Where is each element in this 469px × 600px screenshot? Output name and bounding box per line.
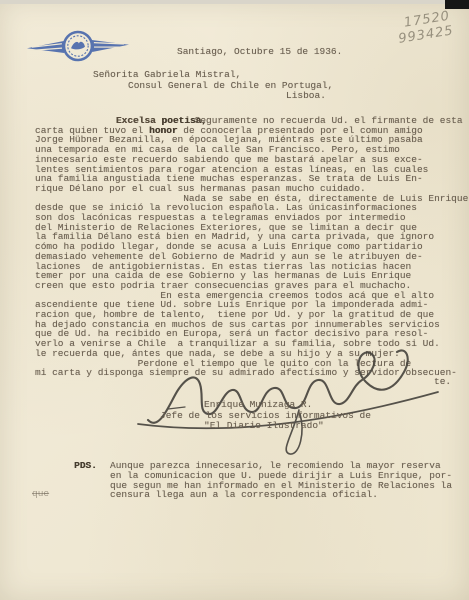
margin-strikeout-note: que [32,489,49,500]
body-part2: de conocerla presentado por el comun ami… [35,125,468,379]
date-line: Santiago, Octubre 15 de 1936. [177,47,342,58]
archival-numbers: 17520 993425 [403,8,455,45]
recipient-name: Señorita Gabriela Mistral, [93,70,241,81]
signature-typed-name: Enrique Munizaga R. [204,400,312,411]
scanned-letter-page: 17520 993425 Santiago, Octubre 15 de 193… [0,0,469,600]
recipient-city: Lisboa. [286,91,326,102]
letter-body: Seguramente no recuerda Ud. el firmante … [35,116,468,378]
closing-tail: te. [434,377,451,388]
postscript-label: PDS. [74,461,97,472]
postscript-text: Aunque parezca innecesario, le recomiend… [110,461,452,500]
winged-emblem-icon [25,26,130,68]
signature-title-line2: "El Diario Ilustrado" [204,421,324,432]
scan-edge-strip [0,0,469,4]
